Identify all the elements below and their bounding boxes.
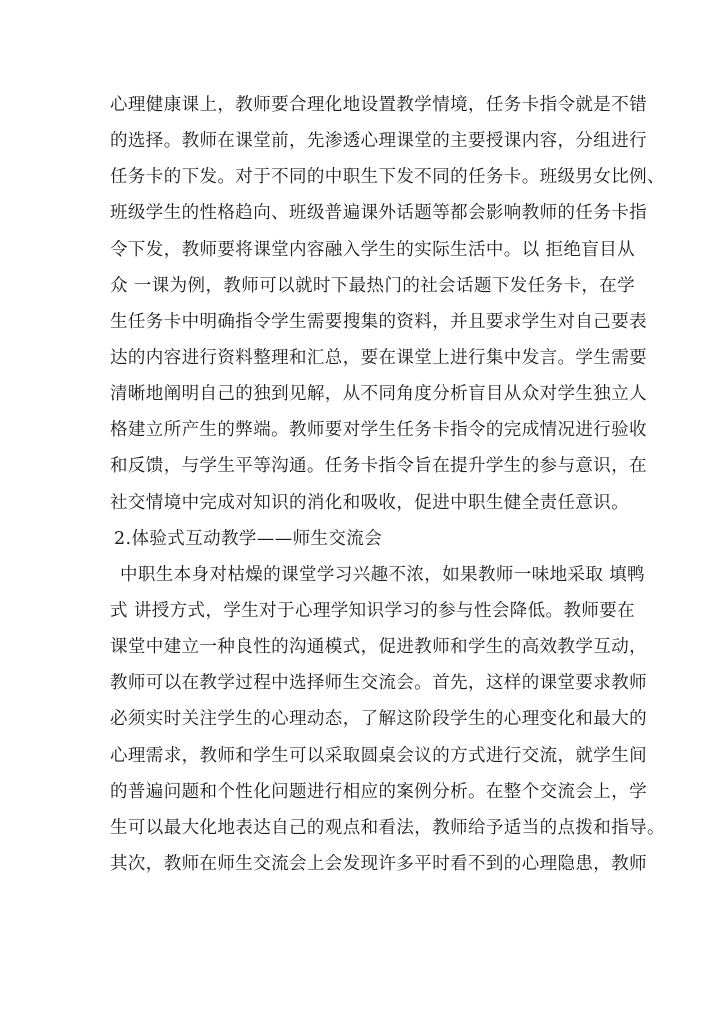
paragraph-teacher-student-meeting: 中职生本身对枯燥的课堂学习兴趣不浓，如果教师一味地采取 填鸭 式 讲授方式，学生… <box>110 557 615 882</box>
text-line: 式 讲授方式，学生对于心理学知识学习的参与性会降低。教师要在 <box>110 593 615 629</box>
text-line: 众 一课为例，教师可以就时下最热门的社会话题下发任务卡，在学 <box>110 268 615 304</box>
document-page: 心理健康课上，教师要合理化地设置教学情境，任务卡指令就是不错 的选择。教师在课堂… <box>110 87 615 882</box>
text-line: 格建立所产生的弊端。教师要对学生任务卡指令的完成情况进行验收 <box>110 412 615 448</box>
text-line: 的选择。教师在课堂前，先渗透心理课堂的主要授课内容，分组进行 <box>110 123 615 159</box>
section-heading: 2.体验式互动教学——师生交流会 <box>110 521 615 557</box>
text-line: 清晰地阐明自己的独到见解，从不同角度分析盲目从众对学生独立人 <box>110 376 615 412</box>
paragraph-task-card: 心理健康课上，教师要合理化地设置教学情境，任务卡指令就是不错 的选择。教师在课堂… <box>110 87 615 521</box>
text-line: 生任务卡中明确指令学生需要搜集的资料，并且要求学生对自己要表 <box>110 304 615 340</box>
text-line: 生可以最大化地表达自己的观点和看法，教师给予适当的点拨和指导。 <box>110 810 615 846</box>
text-line: 班级学生的性格趋向、班级普遍课外话题等都会影响教师的任务卡指 <box>110 195 615 231</box>
text-line: 心理健康课上，教师要合理化地设置教学情境，任务卡指令就是不错 <box>110 87 615 123</box>
text-line-last: 社交情境中完成对知识的消化和吸收，促进中职生健全责任意识。 <box>110 485 615 521</box>
text-line: 任务卡的下发。对于不同的中职生下发不同的任务卡。班级男女比例、 <box>110 159 615 195</box>
text-line: 其次，教师在师生交流会上会发现许多平时看不到的心理隐患，教师 <box>110 846 615 882</box>
text-line: 课堂中建立一种良性的沟通模式，促进教师和学生的高效教学互动， <box>110 629 615 665</box>
text-line: 令下发，教师要将课堂内容融入学生的实际生活中。以 拒绝盲目从 <box>110 232 615 268</box>
text-line: 必须实时关注学生的心理动态，了解这阶段学生的心理变化和最大的 <box>110 701 615 737</box>
text-line: 教师可以在教学过程中选择师生交流会。首先，这样的课堂要求教师 <box>110 665 615 701</box>
text-line: 达的内容进行资料整理和汇总，要在课堂上进行集中发言。学生需要 <box>110 340 615 376</box>
text-line: 心理需求，教师和学生可以采取圆桌会议的方式进行交流，就学生间 <box>110 738 615 774</box>
text-line: 和反馈，与学生平等沟通。任务卡指令旨在提升学生的参与意识，在 <box>110 448 615 484</box>
text-line: 的普遍问题和个性化问题进行相应的案例分析。在整个交流会上，学 <box>110 774 615 810</box>
text-line-first: 中职生本身对枯燥的课堂学习兴趣不浓，如果教师一味地采取 填鸭 <box>110 557 615 593</box>
